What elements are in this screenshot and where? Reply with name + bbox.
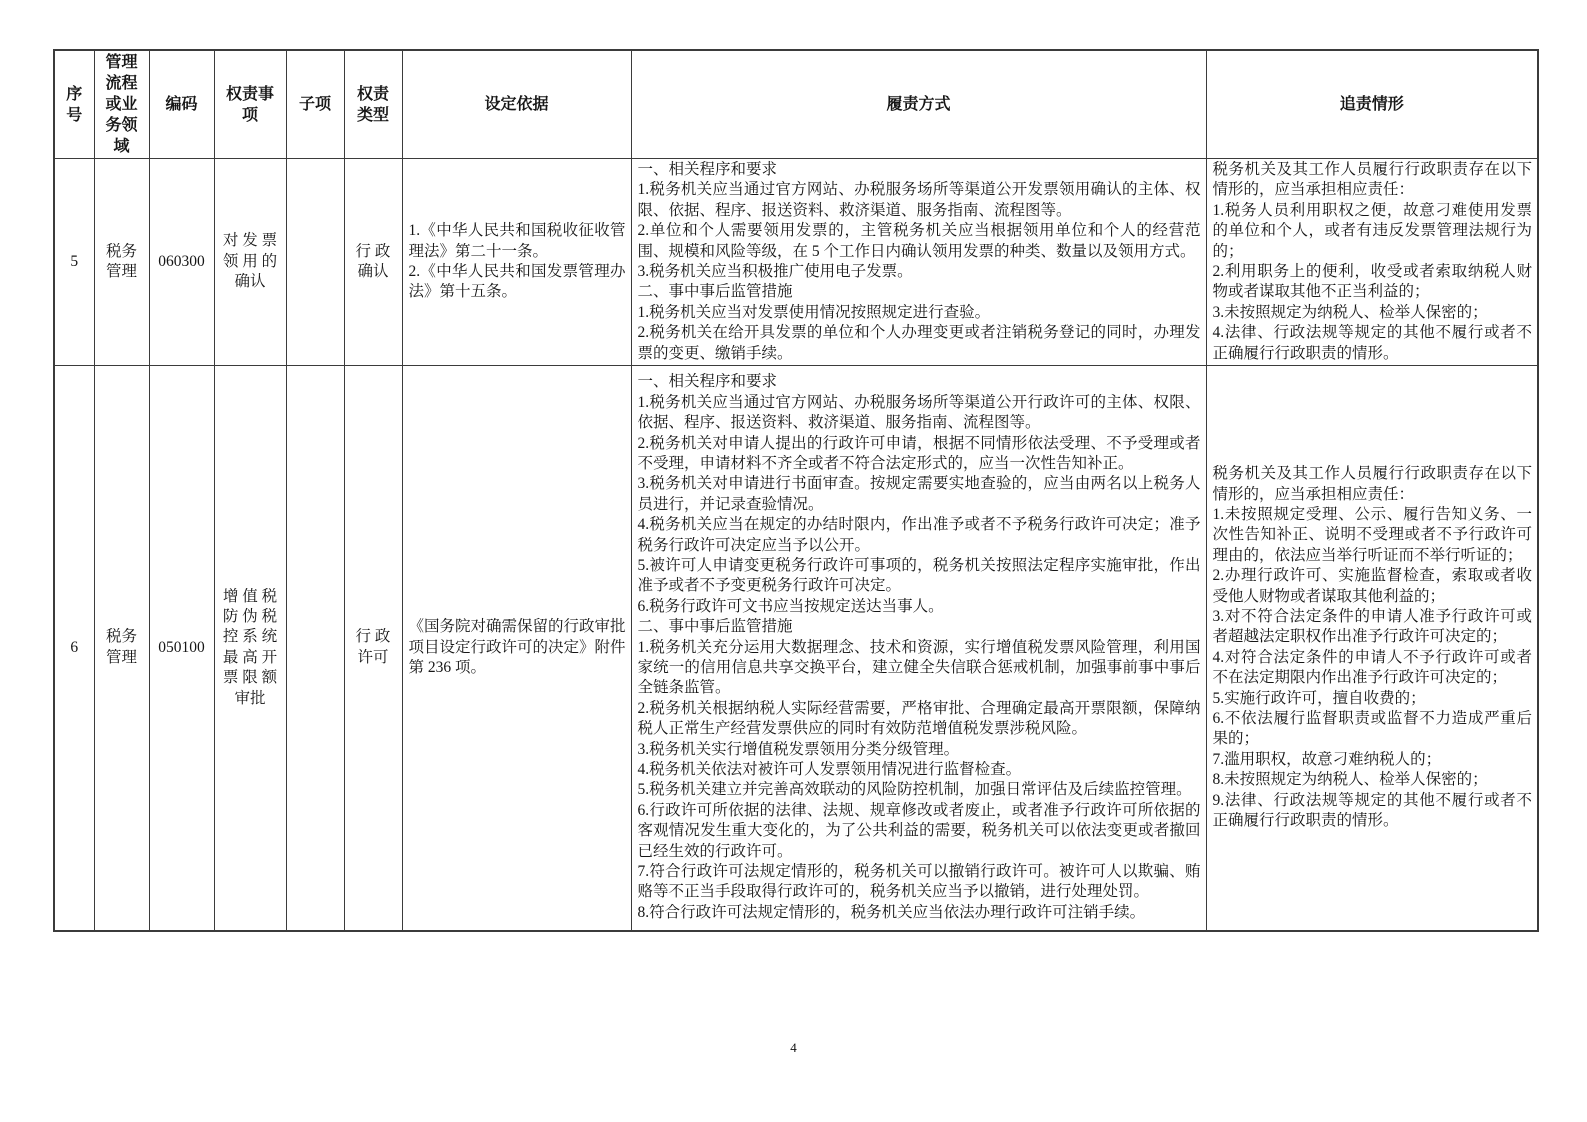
row5-basis-cell: 1.《中华人民共和国税收征收管理法》第二十一条。 2.《中华人民共和国发票管理办… bbox=[402, 159, 631, 366]
row5-type-cell: 行 政 确认 bbox=[344, 159, 402, 366]
row6-performance-cell: 一、相关程序和要求 1.税务机关应当通过官方网站、办税服务场所等渠道公开行政许可… bbox=[631, 366, 1206, 931]
header-basis: 设定依据 bbox=[402, 50, 631, 159]
row6-type-cell: 行 政 许可 bbox=[344, 366, 402, 931]
row5-subitem-cell bbox=[286, 159, 344, 366]
row5-domain-cell: 税务 管理 bbox=[94, 159, 149, 366]
header-accountability: 追责情形 bbox=[1206, 50, 1538, 159]
header-code: 编码 bbox=[149, 50, 214, 159]
header-performance: 履责方式 bbox=[631, 50, 1206, 159]
row6-domain-cell: 税务 管理 bbox=[94, 366, 149, 931]
header-subitem: 子项 bbox=[286, 50, 344, 159]
row6-seq-cell: 6 bbox=[54, 366, 94, 931]
row6-code-cell: 050100 bbox=[149, 366, 214, 931]
row5-seq-cell: 5 bbox=[54, 159, 94, 366]
header-matter: 权责事 项 bbox=[214, 50, 286, 159]
row5-matter-cell: 对 发 票 领 用 的 确认 bbox=[214, 159, 286, 366]
table-row-5: 5 税务 管理 060300 对 发 票 领 用 的 确认 行 政 确认 1.《… bbox=[54, 159, 1538, 366]
row5-accountability-cell: 税务机关及其工作人员履行行政职责存在以下情形的，应当承担相应责任： 1.税务人员… bbox=[1206, 159, 1538, 366]
row6-basis-cell: 《国务院对确需保留的行政审批项目设定行政许可的决定》附件第 236 项。 bbox=[402, 366, 631, 931]
table-row-6: 6 税务 管理 050100 增 值 税 防 伪 税 控 系 统 最 高 开 票… bbox=[54, 366, 1538, 931]
header-type: 权责 类型 bbox=[344, 50, 402, 159]
document-page: { "page": { "number": "4" }, "colors": {… bbox=[0, 0, 1587, 1122]
header-domain: 管理 流程 或业 务领 域 bbox=[94, 50, 149, 159]
table-header-row: 序 号 管理 流程 或业 务领 域 编码 权责事 项 子项 权责 类型 设定依据… bbox=[54, 50, 1538, 159]
row6-matter-cell: 增 值 税 防 伪 税 控 系 统 最 高 开 票 限 额 审批 bbox=[214, 366, 286, 931]
row6-accountability-cell: 税务机关及其工作人员履行行政职责存在以下情形的，应当承担相应责任： 1.未按照规… bbox=[1206, 366, 1538, 931]
page-number: 4 bbox=[0, 1040, 1587, 1056]
row5-performance-cell: 一、相关程序和要求 1.税务机关应当通过官方网站、办税服务场所等渠道公开发票领用… bbox=[631, 159, 1206, 366]
row5-code-cell: 060300 bbox=[149, 159, 214, 366]
header-seq: 序 号 bbox=[54, 50, 94, 159]
row6-subitem-cell bbox=[286, 366, 344, 931]
responsibility-list-table: 序 号 管理 流程 或业 务领 域 编码 权责事 项 子项 权责 类型 设定依据… bbox=[53, 49, 1539, 932]
